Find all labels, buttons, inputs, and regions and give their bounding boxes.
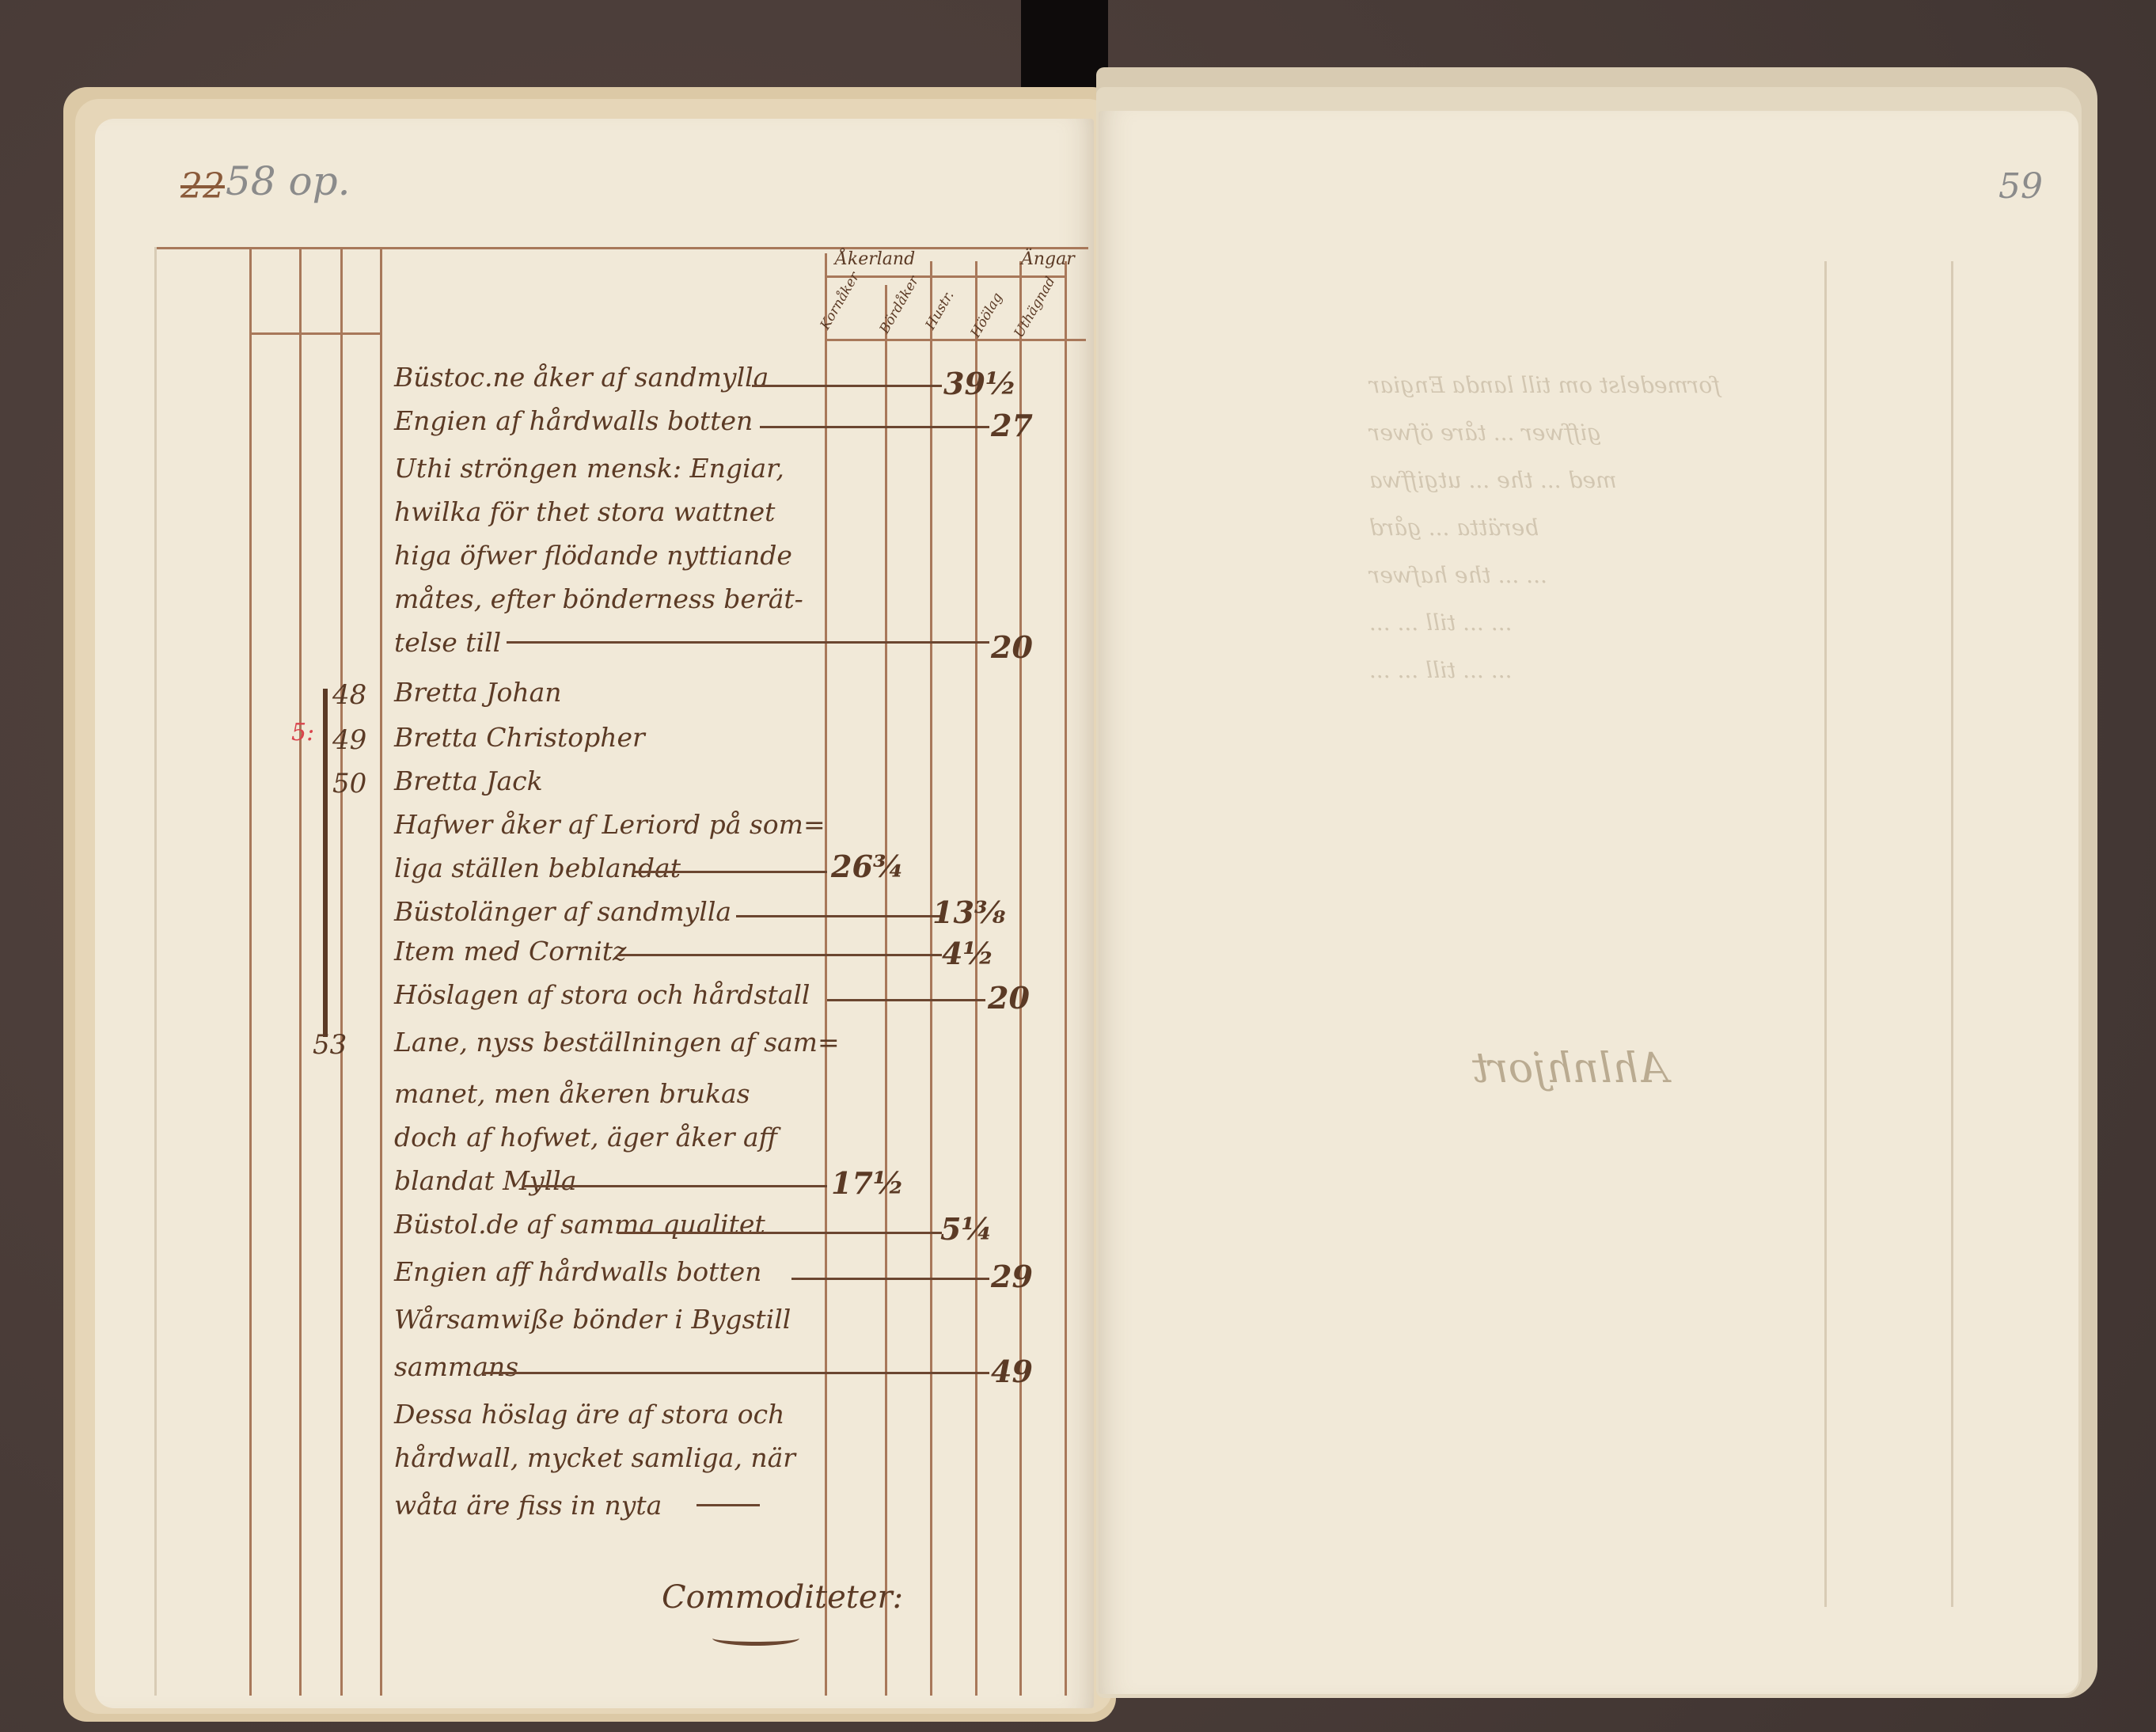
entry-line: Bretta Christopher <box>394 724 645 750</box>
value-column-rule-3 <box>930 261 932 1696</box>
header-group-angar: Ängar <box>1021 249 1075 269</box>
entry-line: Uthi ströngen mensk: Engiar, <box>394 455 784 481</box>
leader-line <box>697 1504 760 1506</box>
right-page <box>1099 111 2078 1694</box>
entry-line: måtes, efter bönderness berät- <box>394 586 803 612</box>
entry-value: 13⅜ <box>932 894 1005 930</box>
entry-value: 20 <box>988 980 1030 1016</box>
bleed-through-line: ... ... till ... ... <box>1369 610 1513 636</box>
entry-value: 29 <box>991 1259 1033 1294</box>
leader-line <box>507 641 989 644</box>
leader-line <box>752 385 942 387</box>
column-rule-2 <box>299 247 302 1696</box>
entry-line: Dessa höslag äre af stora och <box>394 1401 784 1427</box>
entry-value: 39½ <box>943 366 1017 401</box>
bleed-through-line: ... ... till ... ... <box>1369 657 1513 683</box>
leader-line <box>633 871 827 873</box>
entry-number: 53 <box>313 1029 347 1061</box>
entry-value: 27 <box>991 408 1033 443</box>
entry-line: wåta äre fiss in nyta <box>394 1492 662 1518</box>
leader-line <box>617 1232 942 1234</box>
entry-number: 49 <box>332 724 366 756</box>
leader-line <box>483 1372 989 1374</box>
entry-value: 49 <box>991 1354 1033 1389</box>
entry-value: 5¼ <box>940 1211 993 1247</box>
value-column-rule-5 <box>1019 261 1022 1696</box>
grouping-bracket <box>323 689 328 1037</box>
entry-number: 48 <box>332 679 366 711</box>
bleed-through-line: berätta ... gård <box>1369 515 1539 541</box>
entry-value: 4½ <box>942 936 994 971</box>
leader-line <box>617 954 942 956</box>
entry-line: telse till <box>394 629 501 655</box>
top-rule <box>154 247 1088 249</box>
entry-value: 17½ <box>831 1165 905 1201</box>
entry-number: 50 <box>332 768 366 800</box>
folio-number: 58 op. <box>226 158 351 204</box>
margin-header-rule <box>249 332 380 335</box>
column-rule-3 <box>340 247 343 1696</box>
entry-line: Büstoc.ne åker af sandmylla <box>394 364 769 390</box>
entry-line: blandat Mylla <box>394 1168 576 1194</box>
entry-line: doch af hofwet, äger åker aff <box>394 1124 777 1150</box>
leader-line <box>522 1185 827 1187</box>
entry-line: Wårsamwiße bönder i Bygstill <box>394 1306 791 1332</box>
entry-line: Bretta Johan <box>394 679 562 705</box>
entry-line: liga ställen beblandat <box>394 855 681 881</box>
leader-line <box>827 999 985 1001</box>
entry-line: hårdwall, mycket samliga, när <box>394 1445 795 1471</box>
entry-value: 26¾ <box>831 849 905 884</box>
section-heading-commoditeter: Commoditeter: <box>662 1579 903 1616</box>
entry-line: higa öfwer flödande nyttiande <box>394 542 792 568</box>
entry-value: 20 <box>991 629 1033 665</box>
entry-line: Hafwer åker af Leriord på som= <box>394 811 826 838</box>
leader-line <box>736 915 942 917</box>
faint-ruling <box>1824 261 1827 1607</box>
entry-line: sammans <box>394 1354 518 1380</box>
value-column-rule-6 <box>1065 261 1067 1696</box>
column-rule-4 <box>380 247 382 1696</box>
leader-line <box>760 426 989 428</box>
red-margin-mark: 5: <box>291 719 314 746</box>
entry-line: Höslagen af stora och hårdstall <box>394 982 810 1008</box>
column-header-rule <box>825 339 1086 341</box>
header-group-akerland: Åkerland <box>835 249 915 269</box>
bleed-through-line: formedelst om till landa Engiar <box>1369 372 1721 398</box>
leader-line <box>791 1278 989 1280</box>
entry-line: Engien aff hårdwalls botten <box>394 1259 761 1285</box>
column-rule-1 <box>249 247 252 1696</box>
value-column-rule-4 <box>975 261 977 1696</box>
folio-number-right: 59 <box>1998 166 2043 207</box>
bleed-through-line: med ... the ... utgiffwa <box>1369 467 1617 493</box>
entry-line: manet, men åkeren brukas <box>394 1081 750 1107</box>
entry-line: Engien af hårdwalls botten <box>394 408 753 434</box>
margin-rule <box>154 247 157 1696</box>
faint-ruling <box>1951 261 1953 1607</box>
entry-line: hwilka för thet stora wattnet <box>394 499 775 525</box>
entry-line: Büstolänger af sandmylla <box>394 898 731 925</box>
struck-page-number: 22 <box>180 166 225 207</box>
bleed-through-line: ... ... the hafwer <box>1369 562 1547 588</box>
heading-flourish <box>712 1631 799 1646</box>
value-column-rule-2 <box>885 285 887 1696</box>
entry-line: Item med Cornitz <box>394 938 626 964</box>
bleed-through-line: giffwer ... tåre öfwer <box>1369 420 1601 446</box>
entry-line: Lane, nyss beställningen af sam= <box>394 1029 840 1055</box>
bleed-through-heading: Ahlnhjort <box>1472 1045 1668 1092</box>
entry-line: Bretta Jack <box>394 768 543 794</box>
value-column-rule-1 <box>825 253 827 1696</box>
